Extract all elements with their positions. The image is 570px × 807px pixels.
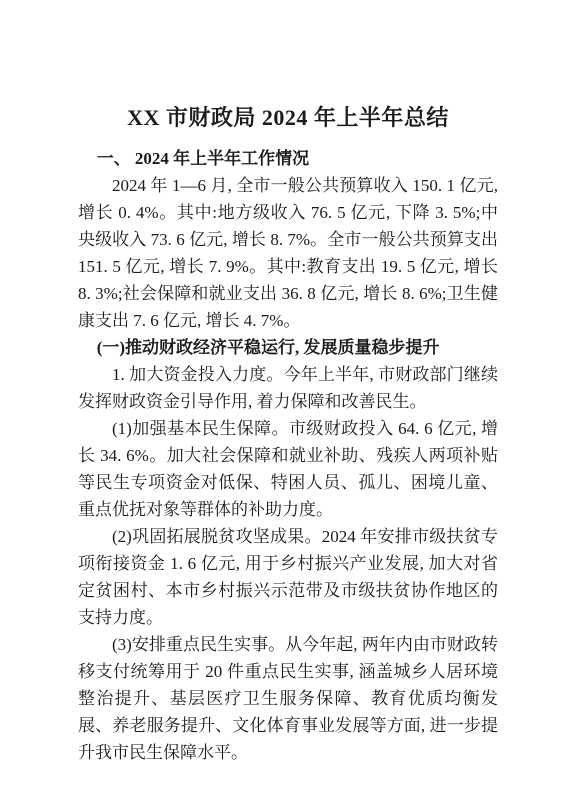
subsection-heading-steady-operation: (一)推动财政经济平稳运行, 发展质量稳步提升 bbox=[78, 334, 498, 361]
section-heading-work-overview: 一、 2024 年上半年工作情况 bbox=[78, 145, 498, 172]
paragraph-poverty-alleviation: (2)巩固拓展脱贫攻坚成果。2024 年安排市级扶贫专项衔接资金 1. 6 亿元… bbox=[78, 523, 498, 631]
paragraph-key-livelihood-projects: (3)安排重点民生实事。从今年起, 两年内由市财政转移支付统筹用于 20 件重点… bbox=[78, 631, 498, 766]
document-title: XX 市财政局 2024 年上半年总结 bbox=[78, 102, 498, 133]
paragraph-fiscal-figures: 2024 年 1—6 月, 全市一般公共预算收入 150. 1 亿元, 增长 0… bbox=[78, 172, 498, 334]
paragraph-increase-investment: 1. 加大资金投入力度。今年上半年, 市财政部门继续发挥财政资金引导作用, 着力… bbox=[78, 361, 498, 415]
paragraph-basic-livelihood: (1)加强基本民生保障。市级财政投入 64. 6 亿元, 增长 34. 6%。加… bbox=[78, 415, 498, 523]
document-page: XX 市财政局 2024 年上半年总结 一、 2024 年上半年工作情况 202… bbox=[0, 0, 570, 807]
